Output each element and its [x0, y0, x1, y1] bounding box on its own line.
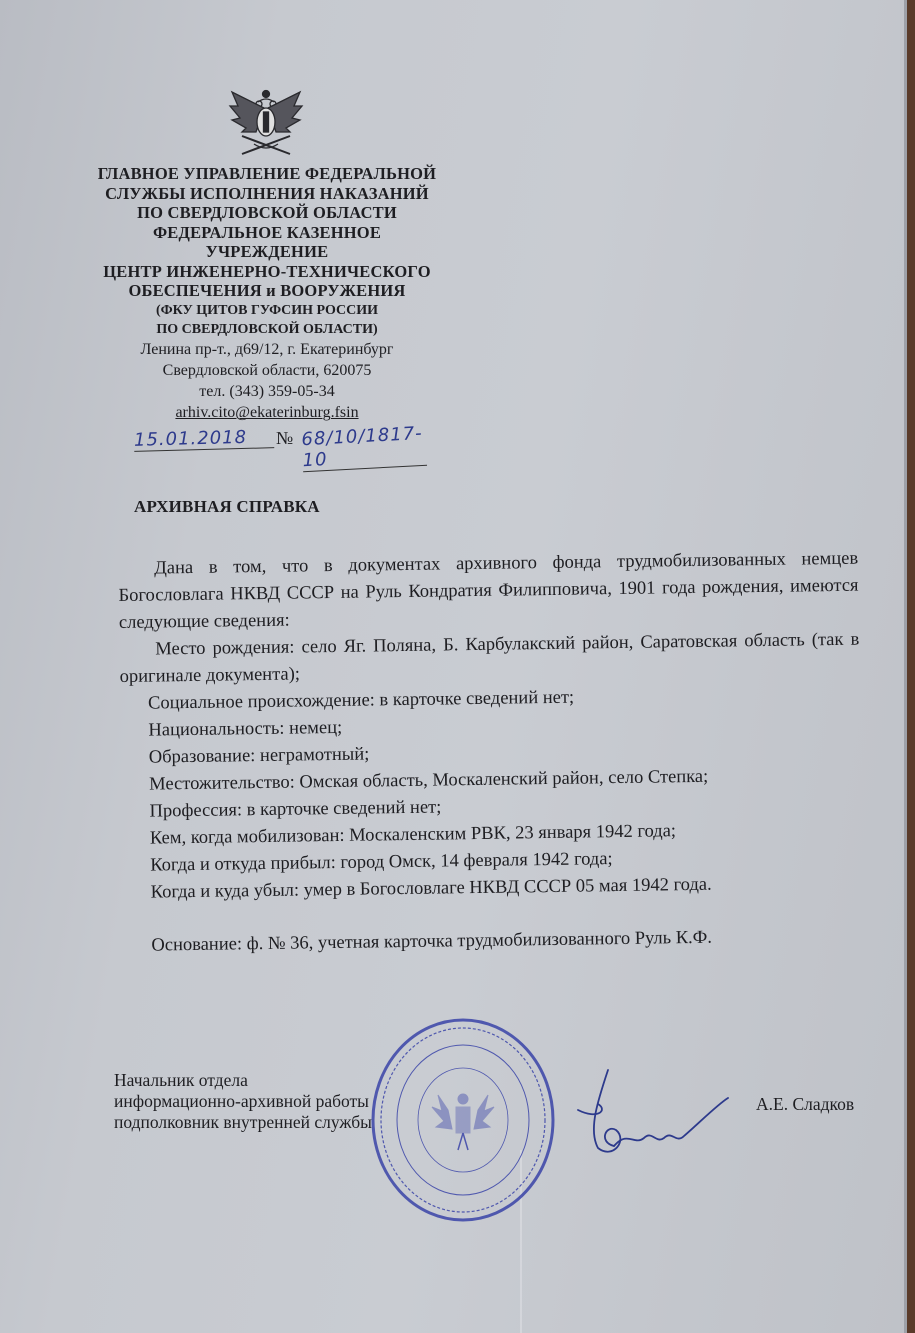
email-address: arhiv.cito@ekaterinburg.fsin — [80, 402, 454, 423]
official-seal-stamp-icon — [368, 1015, 558, 1225]
signatory-name: А.Е. Сладков — [756, 1094, 854, 1115]
address-line: Ленина пр-т., д69/12, г. Екатеринбург — [80, 339, 454, 360]
phone-line: тел. (343) 359-05-34 — [80, 381, 454, 402]
org-line: СЛУЖБЫ ИСПОЛНЕНИЯ НАКАЗАНИЙ — [80, 184, 454, 204]
letterhead: ГЛАВНОЕ УПРАВЛЕНИЕ ФЕДЕРАЛЬНОЙ СЛУЖБЫ ИС… — [80, 164, 454, 423]
document-title: АРХИВНАЯ СПРАВКА — [134, 497, 320, 517]
registration-number: 68/10/1817-10 — [301, 423, 427, 472]
handwritten-signature-icon — [568, 1060, 738, 1170]
number-sign: № — [276, 428, 293, 449]
document-body: Дана в том, что в документах архивного ф… — [118, 546, 864, 960]
registration-line: 15.01.2018 № 68/10/1817-10 — [134, 428, 434, 456]
intro-paragraph: Дана в том, что в документах архивного ф… — [118, 546, 859, 637]
org-abbrev-line: (ФКУ ЦИТОВ ГУФСИН РОССИИ — [80, 301, 454, 320]
org-line: ГЛАВНОЕ УПРАВЛЕНИЕ ФЕДЕРАЛЬНОЙ — [80, 164, 454, 184]
fsin-emblem-icon — [228, 88, 304, 160]
org-line: ФЕДЕРАЛЬНОЕ КАЗЕННОЕ — [80, 223, 454, 243]
org-line: ЦЕНТР ИНЖЕНЕРНО-ТЕХНИЧЕСКОГО — [80, 262, 454, 282]
org-line: УЧРЕЖДЕНИЕ — [80, 242, 454, 262]
org-line: ПО СВЕРДЛОВСКОЙ ОБЛАСТИ — [80, 203, 454, 223]
address-line: Свердловской области, 620075 — [80, 360, 454, 381]
org-line: ОБЕСПЕЧЕНИЯ и ВООРУЖЕНИЯ — [80, 281, 454, 301]
registration-date: 15.01.2018 — [134, 426, 275, 452]
document-page: ГЛАВНОЕ УПРАВЛЕНИЕ ФЕДЕРАЛЬНОЙ СЛУЖБЫ ИС… — [0, 0, 907, 1333]
org-abbrev-line: ПО СВЕРДЛОВСКОЙ ОБЛАСТИ) — [80, 320, 454, 339]
